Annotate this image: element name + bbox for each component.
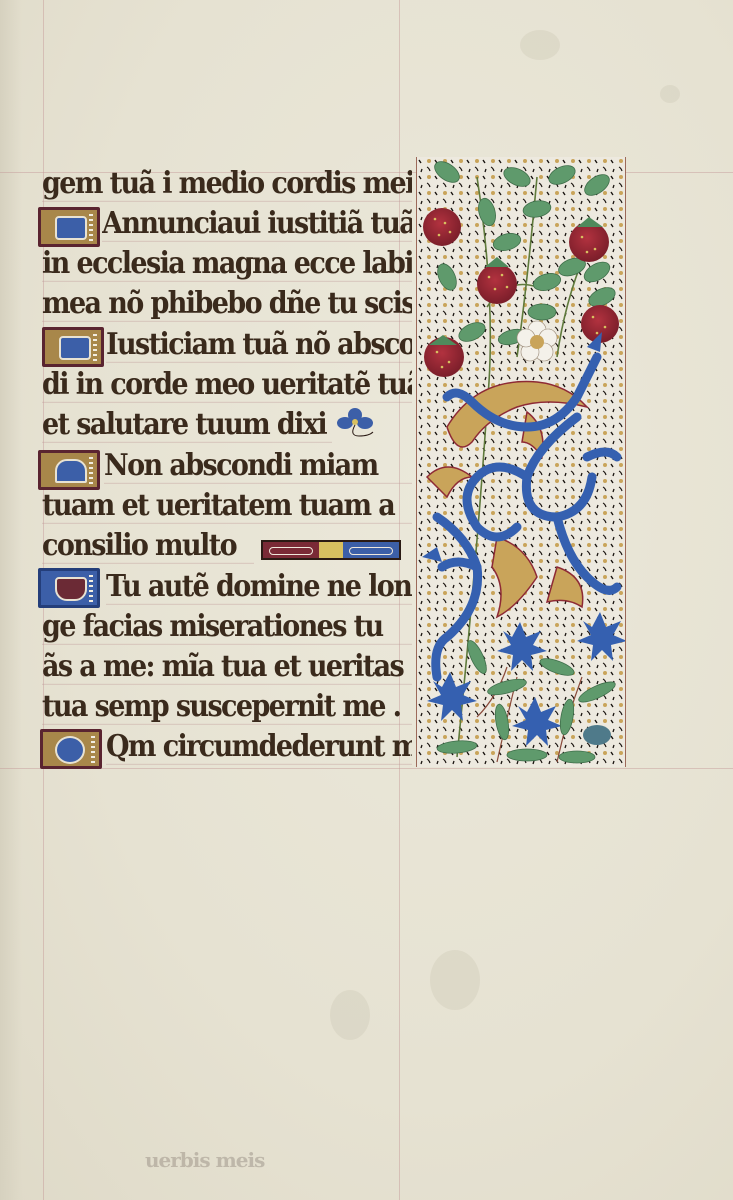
text-line-2: Annunciaui iustitiã tuã <box>102 203 412 246</box>
text-line-13: ãs a me: mĩa tua et ueritas <box>42 646 412 689</box>
text-line-4: mea nõ phibebo dñe tu scisti <box>42 283 412 326</box>
illuminated-initial-i <box>42 327 104 367</box>
text-line-1: gem tuã i medio cordis mei <box>42 163 412 206</box>
text-line-3: in ecclesia magna ecce labia <box>42 243 412 286</box>
parchment-stain <box>430 950 480 1010</box>
text-line-12: ge facias miserationes tu <box>42 606 412 649</box>
illuminated-initial-a <box>38 207 100 247</box>
parchment-stain <box>330 990 370 1040</box>
trefoil-ornament-icon <box>335 406 375 440</box>
text-line-10: consilio multo <box>42 525 254 568</box>
line-filler-bar <box>261 540 401 560</box>
parchment-stain <box>660 85 680 103</box>
border-illumination <box>417 157 625 767</box>
illuminated-initial-n <box>38 450 100 490</box>
text-line-9: tuam et ueritatem tuam a <box>42 485 412 528</box>
text-line-14: tua semp suscepernit me . <box>42 686 412 729</box>
text-line-15: Qm circumdederunt me <box>106 726 412 769</box>
text-line-5: Iusticiam tuã nõ absco <box>106 324 412 367</box>
text-line-7: et salutare tuum dixi <box>42 404 332 447</box>
parchment-stain <box>520 30 560 60</box>
catchword: uerbis meis <box>145 1148 264 1172</box>
text-block: gem tuã i medio cordis mei Annunciaui iu… <box>42 163 412 768</box>
decorated-border-panel <box>416 157 626 767</box>
manuscript-page: gem tuã i medio cordis mei Annunciaui iu… <box>0 0 733 1200</box>
illuminated-initial-t <box>38 568 100 608</box>
text-line-11: Tu autẽ domine ne lon <box>106 566 412 609</box>
text-line-6: di in corde meo ueritatẽ tuã <box>42 364 412 407</box>
illuminated-initial-q <box>40 729 102 769</box>
text-line-8: Non abscondi miam <box>104 445 412 488</box>
